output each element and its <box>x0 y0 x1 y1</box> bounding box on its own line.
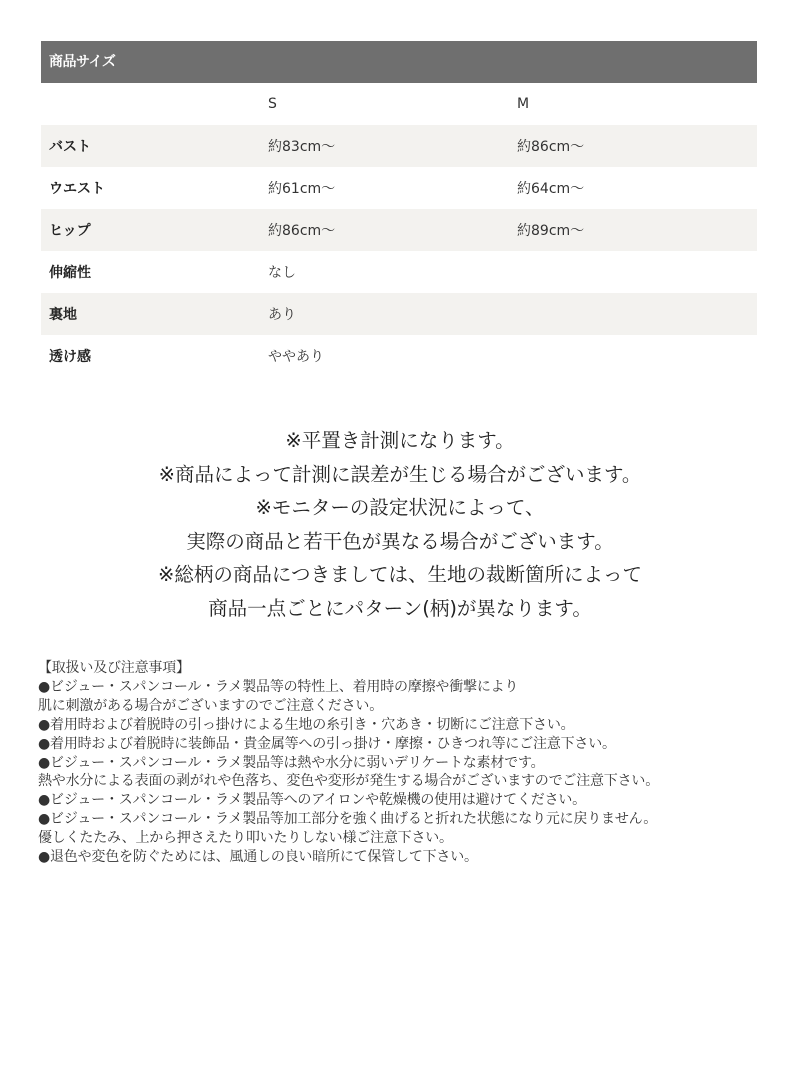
note-line: ※平置き計測になります。 <box>0 424 800 458</box>
cell-m: 約86cm〜 <box>517 136 757 156</box>
care-instructions: 【取扱い及び注意事項】 ●ビジュー・スパンコール・ラメ製品等の特性上、着用時の摩… <box>38 659 788 867</box>
table-row-bust: バスト 約83cm〜 約86cm〜 <box>41 125 757 167</box>
cell-s: 約86cm〜 <box>268 220 517 240</box>
care-line: ●ビジュー・スパンコール・ラメ製品等は熱や水分に弱いデリケートな素材です。 <box>38 754 788 773</box>
cell-m: 約89cm〜 <box>517 220 757 240</box>
note-line: 実際の商品と若干色が異なる場合がございます。 <box>0 525 800 559</box>
note-line: ※総柄の商品につきましては、生地の裁断箇所によって <box>0 558 800 592</box>
size-table-column-header-row: S M <box>41 83 757 125</box>
table-row-stretch: 伸縮性 なし <box>41 251 757 293</box>
cell-s: 約61cm〜 <box>268 178 517 198</box>
size-table-title: 商品サイズ <box>41 41 757 83</box>
row-label: 伸縮性 <box>41 262 268 282</box>
note-line: ※商品によって計測に誤差が生じる場合がございます。 <box>0 458 800 492</box>
row-label: 裏地 <box>41 304 268 324</box>
size-table: 商品サイズ S M バスト 約83cm〜 約86cm〜 ウエスト 約61cm〜 … <box>41 41 757 377</box>
care-line: ●ビジュー・スパンコール・ラメ製品等へのアイロンや乾燥機の使用は避けてください。 <box>38 791 788 810</box>
care-line: ●着用時および着脱時の引っ掛けによる生地の糸引き・穴あき・切断にご注意下さい。 <box>38 716 788 735</box>
column-header-m: M <box>517 96 757 112</box>
care-line: 熱や水分による表面の剥がれや色落ち、変色や変形が発生する場合がございますのでご注… <box>38 772 788 791</box>
care-title: 【取扱い及び注意事項】 <box>38 659 788 678</box>
care-line: ●ビジュー・スパンコール・ラメ製品等の特性上、着用時の摩擦や衝撃により <box>38 678 788 697</box>
cell-s: 約83cm〜 <box>268 136 517 156</box>
row-label: ヒップ <box>41 220 268 240</box>
row-label: 透け感 <box>41 346 268 366</box>
measurement-notes: ※平置き計測になります。 ※商品によって計測に誤差が生じる場合がございます。 ※… <box>0 424 800 626</box>
row-label: バスト <box>41 136 268 156</box>
note-line: 商品一点ごとにパターン(柄)が異なります。 <box>0 592 800 626</box>
table-row-hip: ヒップ 約86cm〜 約89cm〜 <box>41 209 757 251</box>
table-row-sheerness: 透け感 ややあり <box>41 335 757 377</box>
table-row-lining: 裏地 あり <box>41 293 757 335</box>
care-line: ●ビジュー・スパンコール・ラメ製品等加工部分を強く曲げると折れた状態になり元に戻… <box>38 810 788 829</box>
cell-m: 約64cm〜 <box>517 178 757 198</box>
note-line: ※モニターの設定状況によって、 <box>0 491 800 525</box>
care-line: ●退色や変色を防ぐためには、風通しの良い暗所にて保管して下さい。 <box>38 848 788 867</box>
care-line: 優しくたたみ、上から押さえたり叩いたりしない様ご注意下さい。 <box>38 829 788 848</box>
care-line: 肌に刺激がある場合がございますのでご注意ください。 <box>38 697 788 716</box>
cell-s: ややあり <box>268 346 517 366</box>
cell-s: なし <box>268 262 517 282</box>
column-header-s: S <box>268 96 517 112</box>
cell-s: あり <box>268 304 517 324</box>
table-row-waist: ウエスト 約61cm〜 約64cm〜 <box>41 167 757 209</box>
care-line: ●着用時および着脱時に装飾品・貴金属等への引っ掛け・摩擦・ひきつれ等にご注意下さ… <box>38 735 788 754</box>
row-label: ウエスト <box>41 178 268 198</box>
